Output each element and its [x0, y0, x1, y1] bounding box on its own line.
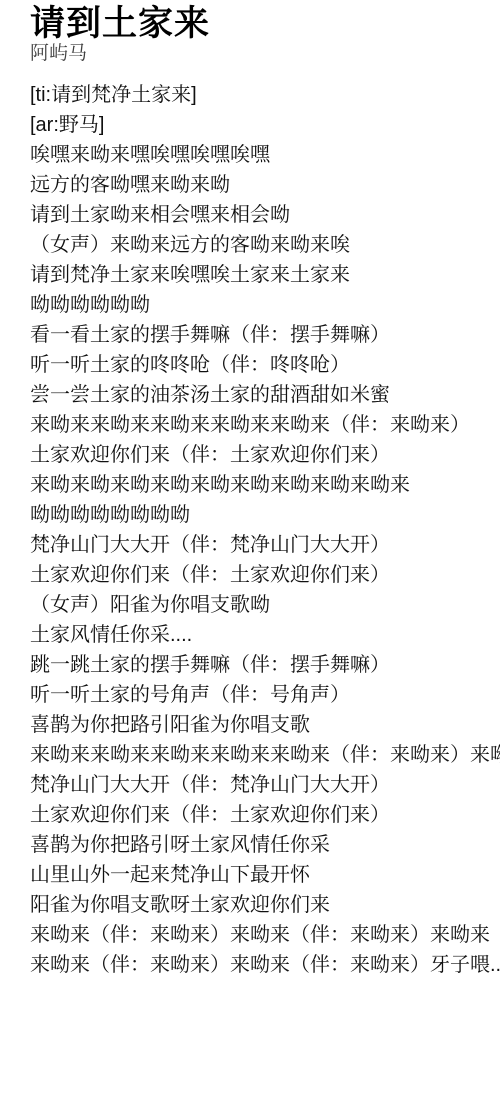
song-title: 请到土家来	[30, 4, 500, 44]
lyric-line: 来呦来来呦来来呦来来呦来来呦来（伴：来呦来）来呦来	[30, 740, 500, 770]
lyric-line: 土家欢迎你们来（伴：土家欢迎你们来）	[30, 440, 500, 470]
lyric-line: 呦呦呦呦呦呦呦呦	[30, 500, 500, 530]
lyric-line: 喜鹊为你把路引阳雀为你唱支歌	[30, 710, 500, 740]
lyric-line: 请到土家呦来相会嘿来相会呦	[30, 200, 500, 230]
lyric-line: 尝一尝土家的油茶汤土家的甜酒甜如米蜜	[30, 380, 500, 410]
lyric-line: 来呦来（伴：来呦来）来呦来（伴：来呦来）来呦来（伴：来呦来）	[30, 920, 500, 950]
lyric-line: 唉嘿来呦来嘿唉嘿唉嘿唉嘿	[30, 140, 500, 170]
lyric-line: 来呦来来呦来来呦来来呦来来呦来（伴：来呦来）	[30, 410, 500, 440]
lyric-line: 来呦来（伴：来呦来）来呦来（伴：来呦来）牙子喂.....	[30, 950, 500, 980]
lyric-line: [ti:请到梵净土家来]	[30, 80, 500, 110]
lyric-line: 喜鹊为你把路引呀土家风情任你采	[30, 830, 500, 860]
song-artist: 阿屿马	[30, 44, 500, 64]
lyric-line: 听一听土家的咚咚呛（伴：咚咚呛）	[30, 350, 500, 380]
lyric-line: （女声）来呦来远方的客呦来呦来唉	[30, 230, 500, 260]
lyric-line: 请到梵净土家来唉嘿唉土家来土家来	[30, 260, 500, 290]
lyric-line: （女声）阳雀为你唱支歌呦	[30, 590, 500, 620]
lyrics-page: 请到土家来 阿屿马 [ti:请到梵净土家来][ar:野马]唉嘿来呦来嘿唉嘿唉嘿唉…	[0, 0, 500, 980]
lyric-line: 来呦来呦来呦来呦来呦来呦来呦来呦来呦来	[30, 470, 500, 500]
lyric-line: 看一看土家的摆手舞嘛（伴：摆手舞嘛）	[30, 320, 500, 350]
lyric-line: 阳雀为你唱支歌呀土家欢迎你们来	[30, 890, 500, 920]
lyric-line: 听一听土家的号角声（伴：号角声）	[30, 680, 500, 710]
lyric-line: 土家欢迎你们来（伴：土家欢迎你们来）	[30, 800, 500, 830]
lyric-line: 梵净山门大大开（伴：梵净山门大大开）	[30, 770, 500, 800]
lyric-line: 土家风情任你采....	[30, 620, 500, 650]
lyric-line: 土家欢迎你们来（伴：土家欢迎你们来）	[30, 560, 500, 590]
lyric-line: 山里山外一起来梵净山下最开怀	[30, 860, 500, 890]
lyric-line: 远方的客呦嘿来呦来呦	[30, 170, 500, 200]
lyric-line: 呦呦呦呦呦呦	[30, 290, 500, 320]
lyric-line: 跳一跳土家的摆手舞嘛（伴：摆手舞嘛）	[30, 650, 500, 680]
lyric-line: [ar:野马]	[30, 110, 500, 140]
lyric-line: 梵净山门大大开（伴：梵净山门大大开）	[30, 530, 500, 560]
lyrics-body: [ti:请到梵净土家来][ar:野马]唉嘿来呦来嘿唉嘿唉嘿唉嘿远方的客呦嘿来呦来…	[30, 80, 500, 980]
